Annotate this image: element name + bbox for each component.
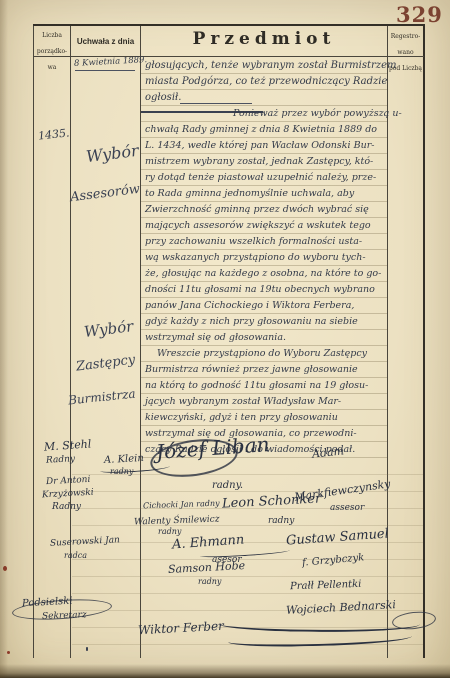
signature-krzyzowski-line1: Dr Antoni [46,475,91,487]
signature-grzybczyk: f. Grzybczyk [302,552,365,568]
ledger-page: 329 Liczbaporządko-wa Uchwała z dnia Prz… [0,0,450,678]
text-line: kiewczyński, gdyż i ten przy głosowaniu [145,410,385,426]
text-line: to Rada gminna jednomyślnie uchwala, aby [145,186,385,202]
text-line: mających assesorów zwiększyć a wskutek t… [145,218,385,234]
signature-samson: Samson Hobe [168,559,246,576]
text-line: dności 11tu głosami na 19tu obecnych wyb… [145,282,385,298]
text-line: ry dotąd tenże piastował uzupełnić należ… [145,170,385,186]
text-line: że, głosując na każdego z osobna, na któ… [145,266,385,282]
margin-title-wybor-assesorow-line2: Assesorów [69,182,140,205]
signature-schonker: Leon Schonker [222,491,322,511]
signature-bednarski: Wojciech Bednarski [286,598,396,617]
text-line: Zwierzchność gminną przez dwóch wybrać s… [145,202,385,218]
page-edge-shadow-left [0,0,8,678]
text-line: Burmistrza również przez jawne głosowani… [145,362,385,378]
signature-krzyzowski-line2: Krzyżowski [42,488,94,501]
text-line: miasta Podgórza, co też przewodniczący R… [145,74,385,90]
margin-title-wybor-zastepcy-line2: Zastępcy [75,352,136,374]
margin-title-wybor-zastepcy-line3: Burmistrza [67,386,136,407]
signature-walenty-role: radny [158,527,181,536]
signature-markfiewczynsky-role: assesor [330,503,364,513]
text-line: wa [34,60,70,76]
text-line: głosujących, tenże wybranym został Burmi… [145,58,385,74]
text-line: mistrzem wybrany został, jednak Zastępcy… [145,154,385,170]
pen-mark [86,647,88,651]
text-line: Ponieważ przez wybór powyższą u- [145,106,385,122]
previous-entry-continuation: głosujących, tenże wybranym został Burmi… [145,58,385,106]
signature-schonker-role: radny [268,516,294,526]
signature-liban-role: radny. [212,480,243,491]
entry-date: 8 Kwietnia 1889. [74,55,148,69]
signature-samson-role: radny [198,577,221,586]
przedmiot-text-column: głosujących, tenże wybranym został Burmi… [145,58,385,458]
table-border-left [33,24,34,658]
header-liczba-porzadkowa: Liczbaporządko-wa [34,28,70,76]
text-line: panów Jana Cichockiego i Wiktora Ferbera… [145,298,385,314]
margin-title-wybor-zastepcy-line1: Wybór [83,317,134,341]
signature-suserowski: Suserowski Jan [50,535,120,549]
text-line: Wreszcie przystąpiono do Wyboru Zastępcy [145,346,385,362]
signature-gustaw: Gustaw Samuel [286,526,390,548]
signature-cichocki: Cichocki Jan radny [143,499,220,511]
text-line: na którą to godność 11tu głosami na 19 g… [145,378,385,394]
text-line: porządko- [34,44,70,60]
table-border-top [33,24,425,26]
text-line: L. 1434, wedle której pan Wacław Odonski… [145,138,385,154]
signature-ehmann: A. Ehmann [172,532,245,552]
column-divider-uchwala-przedmiot [140,24,141,658]
signature-suserowski-role: radca [64,551,87,560]
text-line: Liczba [34,28,70,44]
text-line: przy zachowaniu wszelkich formalności us… [145,234,385,250]
signature-walenty: Walenty Śmilewicz [134,515,220,528]
text-line: chwałą Rady gminnej z dnia 8 Kwietnia 18… [145,122,385,138]
signature-stehl-role: Radny [46,454,75,466]
header-bottom-rule [33,56,424,57]
header-uchwala-z-dnia: Uchwała z dnia [71,37,140,46]
text-line: gdyż każdy z nich przy głosowaniu na sie… [145,314,385,330]
signature-stehl: M. Stehl [44,437,92,453]
text-line: jących wybranym został Władysław Mar- [145,394,385,410]
signature-pellentki: Prałł Pellentki [290,579,362,592]
text-line: ogłosił. [145,90,385,106]
date-underline [75,70,135,71]
entry-number: 1435. [37,126,70,142]
table-border-right [423,24,425,658]
text-line: wano [388,45,423,61]
margin-title-wybor-assesorow-line1: Wybór [85,141,140,166]
column-divider-liczba-uchwala [70,24,71,658]
signature-ferber: Wiktor Ferber [138,619,224,637]
signature-krzyzowski-role: Radny [52,502,81,512]
page-edge-shadow-bottom [0,664,450,678]
flourish-ferber-swoosh-lower [228,630,412,647]
text-line: wstrzymał się od głosowania. [145,330,385,346]
header-przedmiot: Przedmiot [141,29,387,49]
text-line: Regestro- [388,29,423,45]
signature-markfiewczynsky-line1: Adam [311,444,344,460]
text-line: wą wskazanych przystąpiono do wyboru tyc… [145,250,385,266]
entry-paragraph-assessors: Ponieważ przez wybór powyższą u-chwałą R… [145,106,385,346]
